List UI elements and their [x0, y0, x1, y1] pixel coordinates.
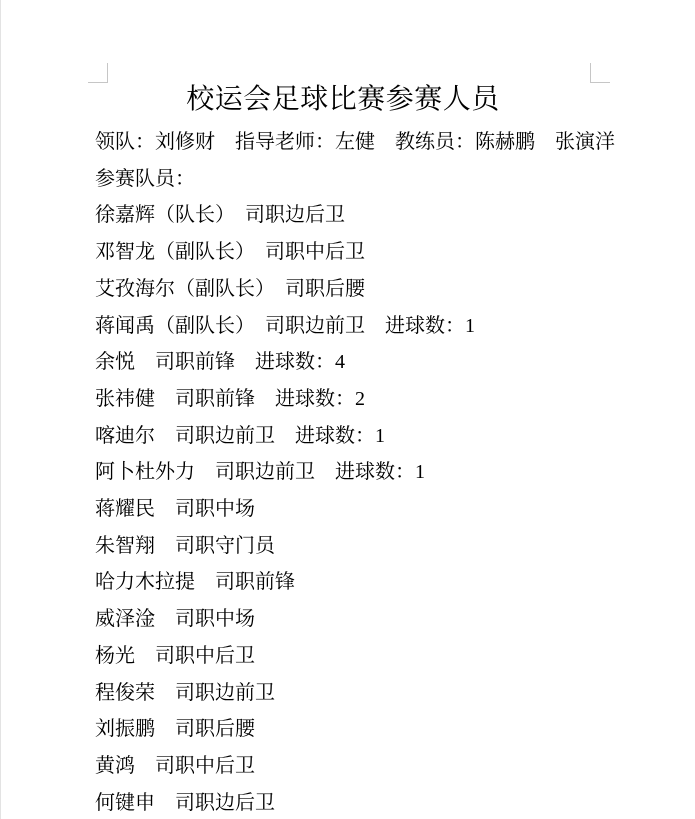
document-body: 领队：刘修财 指导老师：左健 教练员：陈赫鹏 张演洋参赛队员：徐嘉辉（队长） 司…	[95, 124, 615, 819]
text-line: 蒋耀民 司职中场	[95, 491, 615, 528]
text-line: 徐嘉辉（队长） 司职边后卫	[95, 197, 615, 234]
page-left-edge	[0, 0, 1, 819]
text-line: 参赛队员：	[95, 161, 615, 198]
text-line: 杨光 司职中后卫	[95, 638, 615, 675]
text-line: 阿卜杜外力 司职边前卫 进球数：1	[95, 454, 615, 491]
text-line: 张祎健 司职前锋 进球数：2	[95, 381, 615, 418]
text-line: 艾孜海尔（副队长） 司职后腰	[95, 271, 615, 308]
text-line: 刘振鹏 司职后腰	[95, 711, 615, 748]
text-line: 朱智翔 司职守门员	[95, 528, 615, 565]
margin-crop-mark-top-right	[590, 63, 610, 83]
text-line: 领队：刘修财 指导老师：左健 教练员：陈赫鹏 张演洋	[95, 124, 615, 161]
document-title: 校运会足球比赛参赛人员	[95, 85, 591, 114]
text-line: 黄鸿 司职中后卫	[95, 748, 615, 785]
document-page: 校运会足球比赛参赛人员 领队：刘修财 指导老师：左健 教练员：陈赫鹏 张演洋参赛…	[0, 0, 695, 819]
margin-crop-mark-top-left	[88, 63, 108, 83]
text-line: 哈力木拉提 司职前锋	[95, 564, 615, 601]
text-line: 喀迪尔 司职边前卫 进球数：1	[95, 418, 615, 455]
text-line: 程俊荣 司职边前卫	[95, 675, 615, 712]
text-line: 邓智龙（副队长） 司职中后卫	[95, 234, 615, 271]
text-line: 余悦 司职前锋 进球数：4	[95, 344, 615, 381]
text-line: 蒋闻禹（副队长） 司职边前卫 进球数：1	[95, 308, 615, 345]
text-line: 何键申 司职边后卫	[95, 785, 615, 819]
text-line: 威泽淦 司职中场	[95, 601, 615, 638]
